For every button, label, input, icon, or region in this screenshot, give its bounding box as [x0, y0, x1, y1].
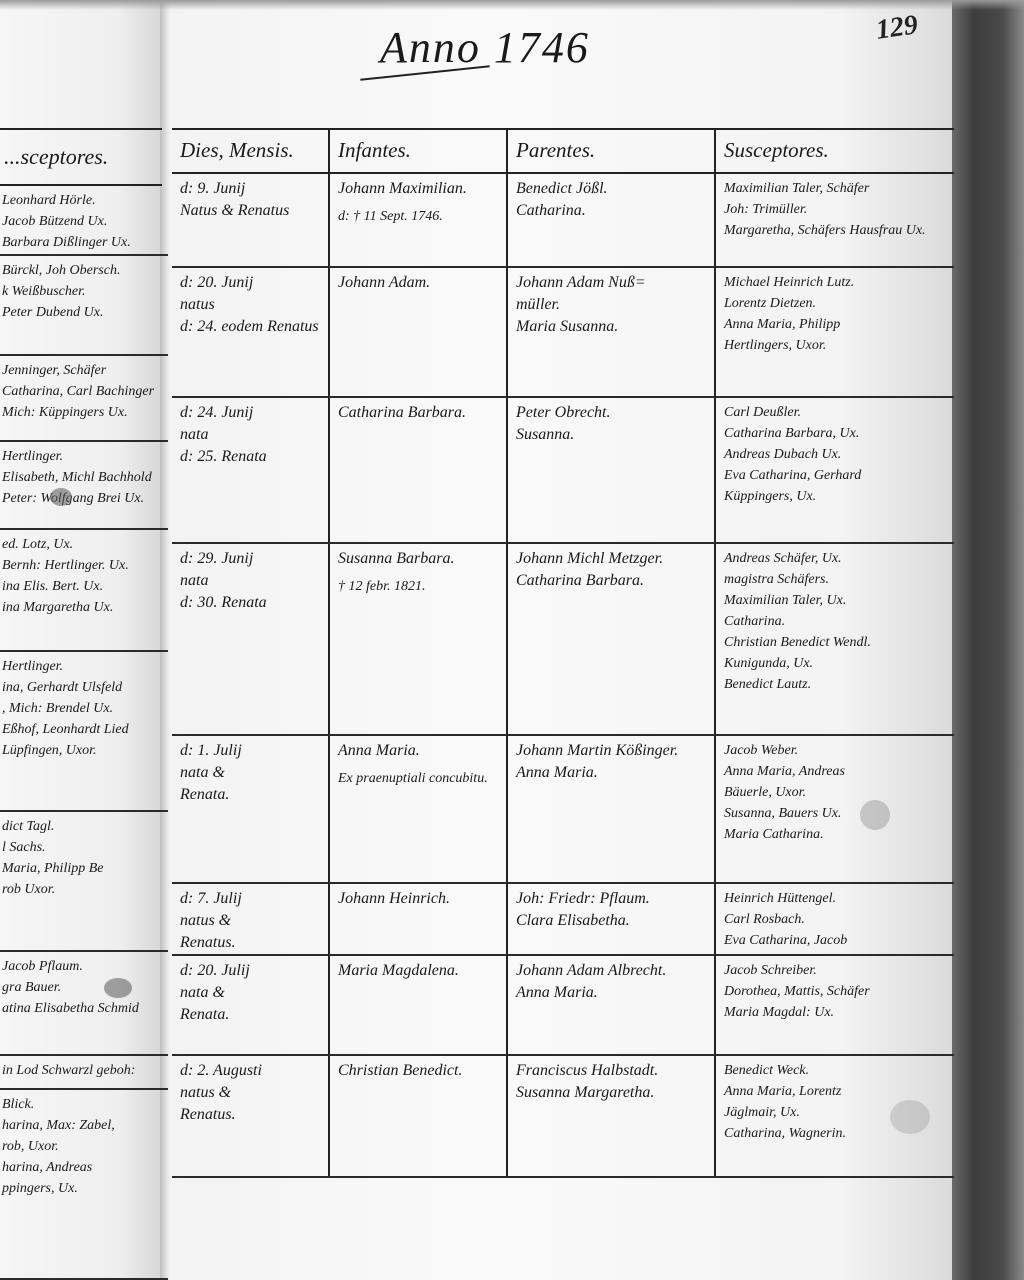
- left-page-line: k Weißbuscher.: [2, 281, 168, 302]
- left-page-line: Peter: Wolfgang Brei Ux.: [2, 488, 168, 509]
- ink-blot: [860, 800, 890, 830]
- date-cell-line: Renata.: [180, 784, 320, 806]
- left-page-line: dict Tagl.: [2, 816, 168, 837]
- sponsors-cell-line: Catharina Barbara, Ux.: [724, 423, 946, 444]
- date-cell-line: Natus & Renatus: [180, 200, 320, 222]
- date-cell: d: 29. Junijnatad: 30. Renata: [172, 544, 330, 734]
- date-cell-line: Renatus.: [180, 932, 320, 954]
- parents-cell-line: Benedict Jößl.: [516, 178, 706, 200]
- parents-cell-line: Clara Elisabetha.: [516, 910, 706, 932]
- infant-cell-line: Maria Magdalena.: [338, 960, 498, 982]
- left-page-entry: Hertlinger.ina, Gerhardt Ulsfeld, Mich: …: [0, 652, 168, 812]
- date-cell-line: d: 20. Julij: [180, 960, 320, 982]
- left-page-entry: Hertlinger.Elisabeth, Michl BachholdPete…: [0, 442, 168, 530]
- ink-blot: [104, 978, 132, 998]
- infant-cell: Maria Magdalena.: [330, 956, 508, 1054]
- table-row: d: 29. Junijnatad: 30. RenataSusanna Bar…: [172, 544, 954, 736]
- infant-cell-line: Susanna Barbara.: [338, 548, 498, 570]
- date-cell-line: natus: [180, 294, 320, 316]
- sponsors-cell-line: Bäuerle, Uxor.: [724, 782, 946, 803]
- sponsors-cell: Jacob Weber.Anna Maria, AndreasBäuerle, …: [716, 736, 954, 882]
- date-cell-line: nata: [180, 570, 320, 592]
- page-edge-shadow: [952, 0, 1024, 1280]
- left-page-line: Jenninger, Schäfer: [2, 360, 168, 381]
- page-title: Anno 1746: [380, 22, 590, 73]
- left-page-line: atina Elisabetha Schmid: [2, 998, 168, 1019]
- date-cell-line: d: 2. Augusti: [180, 1060, 320, 1082]
- left-page-line: Jacob Bützend Ux.: [2, 211, 168, 232]
- sponsors-cell-line: Margaretha, Schäfers Hausfrau Ux.: [724, 220, 946, 241]
- date-cell-line: Renata.: [180, 1004, 320, 1026]
- left-page-line: Blick.: [2, 1094, 168, 1115]
- table-row: d: 20. Julijnata &Renata.Maria Magdalena…: [172, 956, 954, 1056]
- infant-cell: Christian Benedict.: [330, 1056, 508, 1176]
- left-page-line: Catharina, Carl Bachinger: [2, 381, 168, 402]
- left-page-entry: ed. Lotz, Ux.Bernh: Hertlinger. Ux.ina E…: [0, 530, 168, 652]
- table-row: d: 2. Augustinatus &Renatus.Christian Be…: [172, 1056, 954, 1178]
- left-page-line: in Lod Schwarzl geboh:: [2, 1060, 168, 1081]
- date-cell-line: nata &: [180, 982, 320, 1004]
- sponsors-cell-line: magistra Schäfers.: [724, 569, 946, 590]
- infant-cell: Catharina Barbara.: [330, 398, 508, 542]
- table-body: d: 9. JunijNatus & RenatusJohann Maximil…: [172, 174, 954, 1178]
- parents-cell-line: Johann Martin Kößinger.: [516, 740, 706, 762]
- header-dies-mensis: Dies, Mensis.: [172, 130, 330, 172]
- date-cell-line: d: 7. Julij: [180, 888, 320, 910]
- sponsors-cell-line: Carl Rosbach.: [724, 909, 946, 930]
- left-page-entry: Jacob Pflaum.gra Bauer.atina Elisabetha …: [0, 952, 168, 1056]
- parents-cell: Johann Michl Metzger.Catharina Barbara.: [508, 544, 716, 734]
- sponsors-cell: Maximilian Taler, SchäferJoh: Trimüller.…: [716, 174, 954, 266]
- sponsors-cell-line: Benedict Lautz.: [724, 674, 946, 695]
- sponsors-cell: Michael Heinrich Lutz.Lorentz Dietzen.An…: [716, 268, 954, 396]
- infant-cell: Anna Maria.Ex praenuptiali concubitu.: [330, 736, 508, 882]
- infant-cell-line: Johann Maximilian.: [338, 178, 498, 200]
- table-header-row: Dies, Mensis. Infantes. Parentes. Suscep…: [172, 128, 954, 174]
- parents-cell-line: Johann Michl Metzger.: [516, 548, 706, 570]
- date-cell: d: 2. Augustinatus &Renatus.: [172, 1056, 330, 1176]
- infant-cell-line: Anna Maria.: [338, 740, 498, 762]
- left-page-line: harina, Andreas: [2, 1157, 168, 1178]
- left-page-line: Bürckl, Joh Obersch.: [2, 260, 168, 281]
- parents-cell-line: Peter Obrecht.: [516, 402, 706, 424]
- infant-cell-line: Johann Heinrich.: [338, 888, 498, 910]
- sponsors-cell-line: Susanna, Bauers Ux.: [724, 803, 946, 824]
- infant-cell: Susanna Barbara.† 12 febr. 1821.: [330, 544, 508, 734]
- sponsors-cell-line: Maximilian Taler, Ux.: [724, 590, 946, 611]
- parents-cell: Johann Adam Nuß=müller.Maria Susanna.: [508, 268, 716, 396]
- left-page-line: rob, Uxor.: [2, 1136, 168, 1157]
- left-page-line: l Sachs.: [2, 837, 168, 858]
- sponsors-cell-line: Maria Catharina.: [724, 824, 946, 845]
- sponsors-cell-line: Andreas Schäfer, Ux.: [724, 548, 946, 569]
- left-page-line: , Mich: Brendel Ux.: [2, 698, 168, 719]
- header-parentes: Parentes.: [508, 130, 716, 172]
- left-page-line: Hertlinger.: [2, 446, 168, 467]
- sponsors-cell-line: Carl Deußler.: [724, 402, 946, 423]
- sponsors-cell-line: Lorentz Dietzen.: [724, 293, 946, 314]
- date-cell-line: d: 1. Julij: [180, 740, 320, 762]
- parents-cell-line: Franciscus Halbstadt.: [516, 1060, 706, 1082]
- sponsors-cell-line: Küppingers, Ux.: [724, 486, 946, 507]
- sponsors-cell: Heinrich Hüttengel.Carl Rosbach.Eva Cath…: [716, 884, 954, 954]
- sponsors-cell-line: Heinrich Hüttengel.: [724, 888, 946, 909]
- sponsors-cell: Carl Deußler.Catharina Barbara, Ux.Andre…: [716, 398, 954, 542]
- parents-cell: Benedict Jößl.Catharina.: [508, 174, 716, 266]
- left-page-line: gra Bauer.: [2, 977, 168, 998]
- left-page-line: Elisabeth, Michl Bachhold: [2, 467, 168, 488]
- sponsors-cell: Andreas Schäfer, Ux.magistra Schäfers.Ma…: [716, 544, 954, 734]
- parents-cell-line: Anna Maria.: [516, 982, 706, 1004]
- date-cell-line: nata: [180, 424, 320, 446]
- sponsors-cell: Jacob Schreiber.Dorothea, Mattis, Schäfe…: [716, 956, 954, 1054]
- parents-cell-line: Catharina.: [516, 200, 706, 222]
- left-page-line: harina, Max: Zabel,: [2, 1115, 168, 1136]
- infant-cell: Johann Adam.: [330, 268, 508, 396]
- left-page-line: Mich: Küppingers Ux.: [2, 402, 168, 423]
- left-page-line: ina Elis. Bert. Ux.: [2, 576, 168, 597]
- sponsors-cell-line: Jacob Weber.: [724, 740, 946, 761]
- date-cell-line: Renatus.: [180, 1104, 320, 1126]
- parents-cell-line: Susanna.: [516, 424, 706, 446]
- infant-note: † 12 febr. 1821.: [338, 576, 498, 598]
- infant-cell-line: Catharina Barbara.: [338, 402, 498, 424]
- parents-cell-line: Anna Maria.: [516, 762, 706, 784]
- ink-blot: [890, 1100, 930, 1134]
- infant-cell-line: Christian Benedict.: [338, 1060, 498, 1082]
- left-page-line: ed. Lotz, Ux.: [2, 534, 168, 555]
- sponsors-cell-line: Jacob Schreiber.: [724, 960, 946, 981]
- date-cell-line: nata &: [180, 762, 320, 784]
- ink-blot: [50, 488, 72, 506]
- parents-cell: Joh: Friedr: Pflaum.Clara Elisabetha.: [508, 884, 716, 954]
- sponsors-cell-line: Joh: Trimüller.: [724, 199, 946, 220]
- left-page-line: Eßhof, Leonhardt Lied: [2, 719, 168, 740]
- infant-cell-line: Johann Adam.: [338, 272, 498, 294]
- infant-cell: Johann Maximilian.d: † 11 Sept. 1746.: [330, 174, 508, 266]
- sponsors-cell-line: Kunigunda, Ux.: [724, 653, 946, 674]
- date-cell: d: 7. Julijnatus &Renatus.: [172, 884, 330, 954]
- left-page-line: Leonhard Hörle.: [2, 190, 168, 211]
- table-row: d: 9. JunijNatus & RenatusJohann Maximil…: [172, 174, 954, 268]
- left-page-line: Bernh: Hertlinger. Ux.: [2, 555, 168, 576]
- parents-cell: Johann Adam Albrecht.Anna Maria.: [508, 956, 716, 1054]
- date-cell-line: d: 30. Renata: [180, 592, 320, 614]
- table-row: d: 20. Junijnatusd: 24. eodem RenatusJoh…: [172, 268, 954, 398]
- left-page-line: Maria, Philipp Be: [2, 858, 168, 879]
- header-susceptores: Susceptores.: [716, 130, 954, 172]
- header-infantes: Infantes.: [330, 130, 508, 172]
- date-cell-line: d: 24. eodem Renatus: [180, 316, 320, 338]
- parents-cell-line: Catharina Barbara.: [516, 570, 706, 592]
- infant-note: d: † 11 Sept. 1746.: [338, 206, 498, 228]
- page-number: 129: [874, 9, 920, 47]
- left-page-header: ...sceptores.: [0, 128, 162, 186]
- table-row: d: 1. Julijnata &Renata.Anna Maria.Ex pr…: [172, 736, 954, 884]
- left-page-entry: Bürckl, Joh Obersch.k Weißbuscher.Peter …: [0, 256, 168, 356]
- sponsors-cell-line: Anna Maria, Andreas: [724, 761, 946, 782]
- date-cell-line: d: 29. Junij: [180, 548, 320, 570]
- parents-cell-line: Johann Adam Nuß=: [516, 272, 706, 294]
- sponsors-cell-line: Christian Benedict Wendl.: [724, 632, 946, 653]
- baptism-register-table: Dies, Mensis. Infantes. Parentes. Suscep…: [172, 128, 954, 1178]
- parents-cell: Franciscus Halbstadt.Susanna Margaretha.: [508, 1056, 716, 1176]
- top-shadow: [0, 0, 1024, 10]
- left-page-line: Jacob Pflaum.: [2, 956, 168, 977]
- left-page-line: Hertlinger.: [2, 656, 168, 677]
- sponsors-cell-line: Eva Catharina, Jacob: [724, 930, 946, 951]
- infant-cell: Johann Heinrich.: [330, 884, 508, 954]
- sponsors-cell-line: Maximilian Taler, Schäfer: [724, 178, 946, 199]
- date-cell-line: d: 25. Renata: [180, 446, 320, 468]
- date-cell-line: d: 20. Junij: [180, 272, 320, 294]
- sponsors-cell-line: Andreas Dubach Ux.: [724, 444, 946, 465]
- left-page-entry: Jenninger, SchäferCatharina, Carl Bachin…: [0, 356, 168, 442]
- left-page-line: Lüpfingen, Uxor.: [2, 740, 168, 761]
- left-page-line: Barbara Dißlinger Ux.: [2, 232, 168, 253]
- date-cell-line: natus &: [180, 910, 320, 932]
- date-cell: d: 1. Julijnata &Renata.: [172, 736, 330, 882]
- sponsors-cell-line: Michael Heinrich Lutz.: [724, 272, 946, 293]
- parents-cell-line: Johann Adam Albrecht.: [516, 960, 706, 982]
- left-page-entry: Blick.harina, Max: Zabel,rob, Uxor.harin…: [0, 1090, 168, 1280]
- sponsors-cell-line: Catharina.: [724, 611, 946, 632]
- date-cell: d: 20. Julijnata &Renata.: [172, 956, 330, 1054]
- date-cell-line: natus &: [180, 1082, 320, 1104]
- left-page-entry: dict Tagl.l Sachs.Maria, Philipp Berob U…: [0, 812, 168, 952]
- sponsors-cell-line: Anna Maria, Lorentz: [724, 1081, 946, 1102]
- left-page-entry: in Lod Schwarzl geboh:: [0, 1056, 168, 1090]
- sponsors-cell-line: Maria Magdal: Ux.: [724, 1002, 946, 1023]
- table-row: d: 24. Junijnatad: 25. RenataCatharina B…: [172, 398, 954, 544]
- date-cell-line: d: 9. Junij: [180, 178, 320, 200]
- left-page-entry: Leonhard Hörle.Jacob Bützend Ux.Barbara …: [0, 186, 168, 256]
- table-row: d: 7. Julijnatus &Renatus.Johann Heinric…: [172, 884, 954, 956]
- parents-cell-line: Maria Susanna.: [516, 316, 706, 338]
- left-page-line: ina, Gerhardt Ulsfeld: [2, 677, 168, 698]
- left-page-line: ppingers, Ux.: [2, 1178, 168, 1199]
- left-page-line: Peter Dubend Ux.: [2, 302, 168, 323]
- parents-cell-line: Susanna Margaretha.: [516, 1082, 706, 1104]
- date-cell: d: 20. Junijnatusd: 24. eodem Renatus: [172, 268, 330, 396]
- sponsors-cell-line: Hertlingers, Uxor.: [724, 335, 946, 356]
- parents-cell: Johann Martin Kößinger.Anna Maria.: [508, 736, 716, 882]
- sponsors-cell-line: Anna Maria, Philipp: [724, 314, 946, 335]
- sponsors-cell-line: Eva Catharina, Gerhard: [724, 465, 946, 486]
- left-page-line: ina Margaretha Ux.: [2, 597, 168, 618]
- date-cell: d: 24. Junijnatad: 25. Renata: [172, 398, 330, 542]
- sponsors-cell-line: Benedict Weck.: [724, 1060, 946, 1081]
- left-page-line: rob Uxor.: [2, 879, 168, 900]
- date-cell-line: d: 24. Junij: [180, 402, 320, 424]
- parents-cell-line: müller.: [516, 294, 706, 316]
- sponsors-cell-line: Kirchhamers, Ux.: [724, 951, 946, 954]
- parents-cell: Peter Obrecht.Susanna.: [508, 398, 716, 542]
- sponsors-cell-line: Dorothea, Mattis, Schäfer: [724, 981, 946, 1002]
- date-cell: d: 9. JunijNatus & Renatus: [172, 174, 330, 266]
- infant-note: Ex praenuptiali concubitu.: [338, 768, 498, 790]
- parents-cell-line: Joh: Friedr: Pflaum.: [516, 888, 706, 910]
